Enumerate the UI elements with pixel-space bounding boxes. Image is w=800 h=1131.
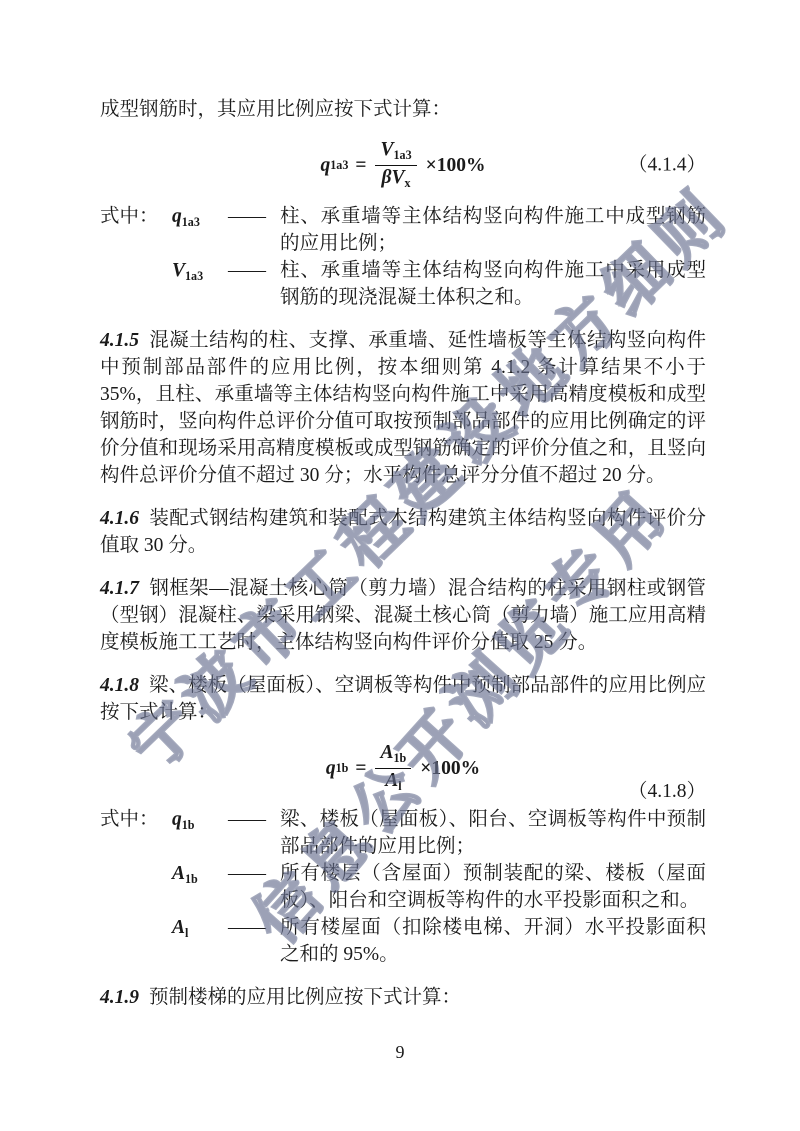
numerator-subscript: 1a3 [394,149,412,163]
section-text: 钢框架—混凝土核心筒（剪力墙）混合结构的柱采用钢柱或钢管（型钢）混凝柱、梁采用钢… [100,578,706,653]
symbol-subscript: l [185,926,188,940]
symbol-variable: q [172,809,182,830]
page-number: 9 [0,1042,800,1063]
formula-lhs-subscript: 1b [336,755,349,782]
term-symbol: Al [172,914,228,947]
term-row: 式中： q1a3 —— 柱、承重墙等主体结构竖向构件施工中成型钢筋的应用比例； [100,203,706,257]
term-row: A1b —— 所有楼层（含屋面）预制装配的梁、楼板（屋面板）、阳台和空调板等构件… [100,860,706,914]
symbol-subscript: 1b [182,818,195,832]
section-number: 4.1.9 [100,987,139,1008]
formula-multiplier: ×100% [426,152,486,179]
section-text: 梁、楼板（屋面板）、空调板等构件中预制部品部件的应用比例应按下式计算： [100,675,706,723]
section-4-1-5: 4.1.5混凝土结构的柱、支撑、承重墙、延性墙板等主体结构竖向构件中预制部品部件… [100,327,706,489]
section-number: 4.1.8 [100,675,139,696]
formula-lhs: q [326,755,336,782]
symbol-variable: A [172,863,185,884]
symbol-variable: q [172,206,182,227]
formula-block-4-1-8: q1b=A1bAl×100% （4.1.8） [100,739,706,797]
formula-block-4-1-4: q1a3=V1a3βVx×100% （4.1.4） [100,136,706,194]
formula-lhs: q [320,152,330,179]
term-definition: 柱、承重墙等主体结构竖向构件施工中成型钢筋的应用比例； [280,203,706,257]
denominator-variable: A [385,770,398,791]
paragraph-intro: 成型钢筋时，其应用比例应按下式计算： [100,96,706,123]
equation-number-4-1-4: （4.1.4） [628,152,706,179]
terms-block-4-1-8: 式中： q1b —— 梁、楼板（屋面板）、阳台、空调板等构件中预制部品部件的应用… [100,806,706,968]
denominator-subscript: x [405,176,411,190]
section-4-1-6: 4.1.6装配式钢结构建筑和装配式木结构建筑主体结构竖向构件评价分值取 30 分… [100,505,706,559]
section-number: 4.1.6 [100,508,139,529]
equation-number-4-1-8: （4.1.8） [628,778,706,805]
equals-sign: = [355,755,366,782]
denominator-subscript: l [398,779,401,793]
section-text: 装配式钢结构建筑和装配式木结构建筑主体结构竖向构件评价分值取 30 分。 [100,508,706,556]
term-symbol: A1b [172,860,228,893]
denominator-variable: βV [382,167,405,188]
section-text: 混凝土结构的柱、支撑、承重墙、延性墙板等主体结构竖向构件中预制部品部件的应用比例… [100,330,706,486]
term-symbol: q1a3 [172,203,228,236]
formula-multiplier: ×100% [420,755,480,782]
symbol-variable: V [172,260,185,281]
term-dash: —— [228,914,280,941]
term-row: V1a3 —— 柱、承重墙等主体结构竖向构件施工中采用成型钢筋的现浇混凝土体积之… [100,257,706,311]
section-number: 4.1.5 [100,330,139,351]
fraction-numerator: V1a3 [375,139,416,165]
section-number: 4.1.7 [100,578,139,599]
numerator-subscript: 1b [394,752,407,766]
equals-sign: = [355,152,366,179]
numerator-variable: A [380,742,393,763]
where-label: 式中： [100,806,172,833]
term-definition: 所有楼层（含屋面）预制装配的梁、楼板（屋面板）、阳台和空调板等构件的水平投影面积… [280,860,706,914]
term-definition: 所有楼屋面（扣除楼电梯、开洞）水平投影面积之和的 95%。 [280,914,706,968]
document-page: 成型钢筋时，其应用比例应按下式计算： q1a3=V1a3βVx×100% （4.… [0,0,800,1131]
formula-4-1-8: q1b=A1bAl×100% [326,742,480,793]
fraction: A1bAl [375,742,411,793]
symbol-subscript: 1a3 [182,215,200,229]
fraction: V1a3βVx [375,139,416,190]
fraction-denominator: Al [375,769,411,794]
section-text: 预制楼梯的应用比例应按下式计算： [149,987,461,1008]
terms-block-4-1-4: 式中： q1a3 —— 柱、承重墙等主体结构竖向构件施工中成型钢筋的应用比例； … [100,203,706,311]
term-definition: 梁、楼板（屋面板）、阳台、空调板等构件中预制部品部件的应用比例； [280,806,706,860]
term-dash: —— [228,806,280,833]
term-row: 式中： q1b —— 梁、楼板（屋面板）、阳台、空调板等构件中预制部品部件的应用… [100,806,706,860]
section-4-1-9: 4.1.9预制楼梯的应用比例应按下式计算： [100,984,706,1011]
symbol-variable: A [172,917,185,938]
term-definition: 柱、承重墙等主体结构竖向构件施工中采用成型钢筋的现浇混凝土体积之和。 [280,257,706,311]
term-dash: —— [228,860,280,887]
fraction-numerator: A1b [375,742,411,768]
where-label: 式中： [100,203,172,230]
section-4-1-8: 4.1.8梁、楼板（屋面板）、空调板等构件中预制部品部件的应用比例应按下式计算： [100,672,706,726]
term-symbol: q1b [172,806,228,839]
formula-4-1-4: q1a3=V1a3βVx×100% [320,139,485,190]
term-row: Al —— 所有楼屋面（扣除楼电梯、开洞）水平投影面积之和的 95%。 [100,914,706,968]
formula-lhs-subscript: 1a3 [330,152,348,179]
symbol-subscript: 1b [185,872,198,886]
section-4-1-7: 4.1.7钢框架—混凝土核心筒（剪力墙）混合结构的柱采用钢柱或钢管（型钢）混凝柱… [100,575,706,656]
term-dash: —— [228,203,280,230]
page-content: 成型钢筋时，其应用比例应按下式计算： q1a3=V1a3βVx×100% （4.… [100,96,706,1011]
term-symbol: V1a3 [172,257,228,290]
term-dash: —— [228,257,280,284]
numerator-variable: V [380,139,393,160]
symbol-subscript: 1a3 [185,269,203,283]
fraction-denominator: βVx [375,166,416,191]
